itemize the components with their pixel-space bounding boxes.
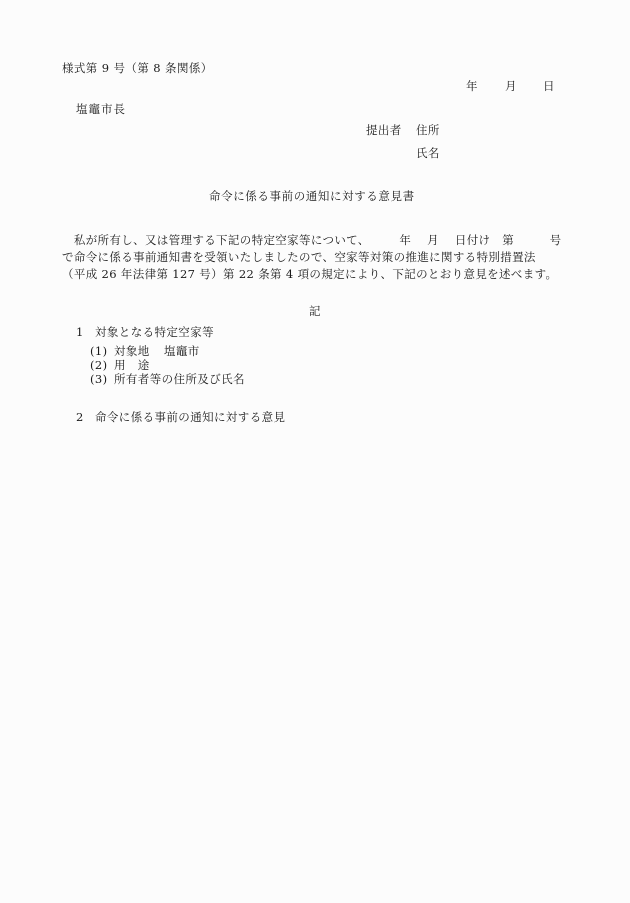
subitem-1-number: (1) <box>90 346 108 358</box>
addressee: 塩竈市長 <box>76 104 126 116</box>
subitem-3-number: (3) <box>90 374 108 386</box>
item-2-number: 2 <box>76 412 84 424</box>
subitem-1-value: 塩竈市 <box>164 346 200 358</box>
date-year-label: 年 <box>466 81 478 93</box>
submitter-name-label: 氏名 <box>416 148 440 160</box>
document-page: 様式第 9 号（第 8 条関係） 年 月 日 塩竈市長 提出者 住所 氏名 命令… <box>0 0 630 903</box>
body-line-3: （平成 26 年法律第 127 号）第 22 条第 4 項の規定により、下記のと… <box>62 269 572 281</box>
item-1-label: 対象となる特定空家等 <box>95 327 214 339</box>
form-number: 様式第 9 号（第 8 条関係） <box>62 63 213 75</box>
subitem-2-label: 用 途 <box>114 360 150 372</box>
submitter-address-label: 住所 <box>416 125 440 137</box>
body-line-1: 私が所有し、又は管理する下記の特定空家等について、 年 月 日付け 第 号 <box>62 235 572 247</box>
subitem-2-number: (2) <box>90 360 108 372</box>
item-1-number: 1 <box>76 327 84 339</box>
submitter-label: 提出者 <box>366 125 402 137</box>
date-month-label: 月 <box>505 81 517 93</box>
item-2-label: 命令に係る事前の通知に対する意見 <box>95 412 285 424</box>
body-line-2: で命令に係る事前通知書を受領いたしましたので、空家等対策の推進に関する特別措置法 <box>62 252 572 264</box>
subitem-1-label: 対象地 <box>114 346 150 358</box>
document-title: 命令に係る事前の通知に対する意見書 <box>209 191 415 203</box>
ki-label: 記 <box>309 306 321 318</box>
date-day-label: 日 <box>543 81 555 93</box>
subitem-3-label: 所有者等の住所及び氏名 <box>114 374 245 386</box>
